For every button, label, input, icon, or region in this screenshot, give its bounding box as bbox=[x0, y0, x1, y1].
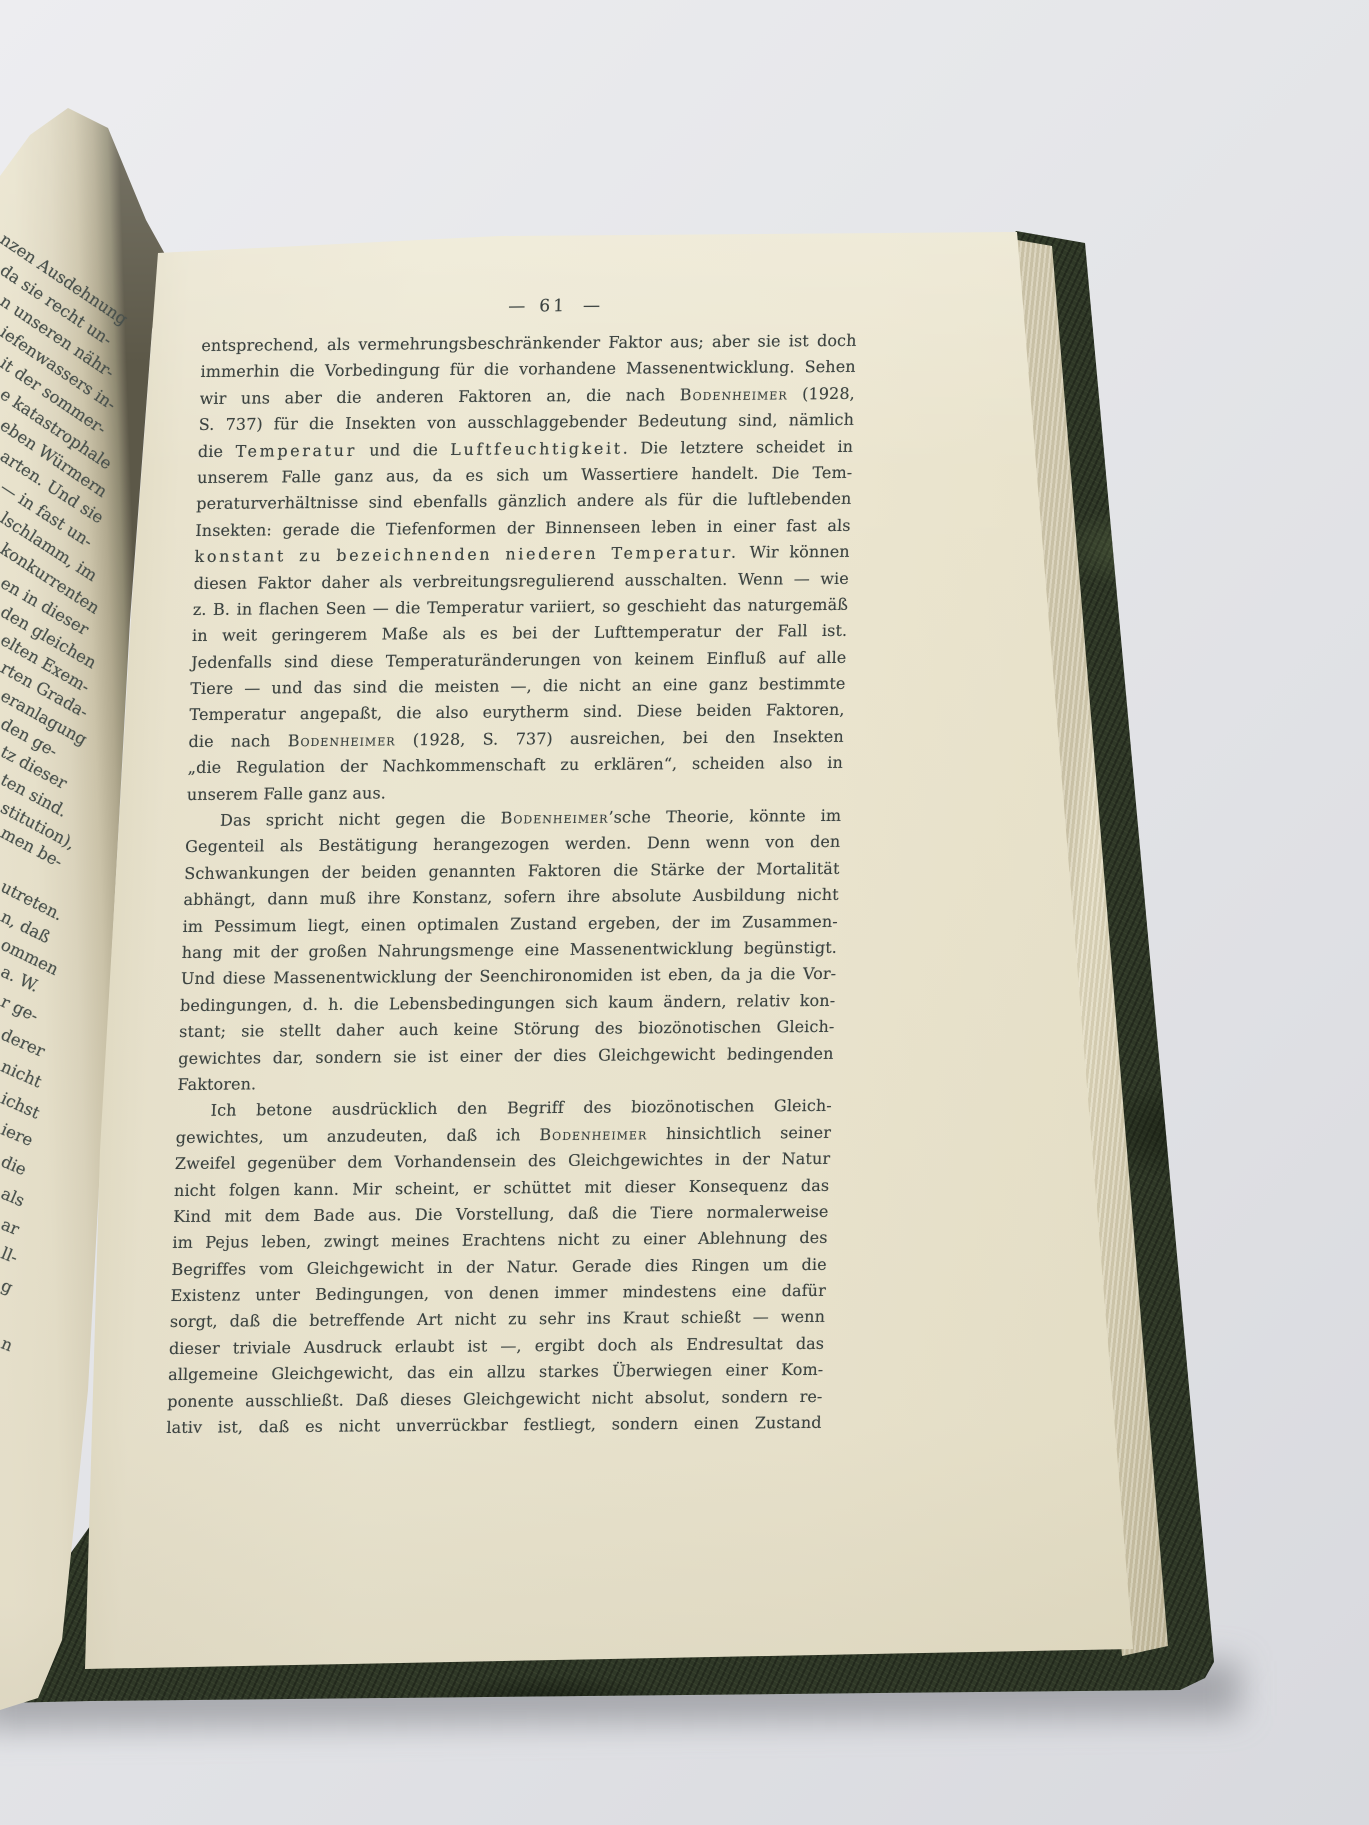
left-page-text-fragment: n bbox=[0, 1334, 15, 1356]
page-header: —61— bbox=[226, 291, 882, 322]
left-page-text-fragment: als bbox=[0, 1184, 27, 1211]
text-line: gewichtes dar, sondern sie ist einer der… bbox=[178, 1040, 834, 1072]
left-page-text-fragment: nicht bbox=[0, 1057, 45, 1092]
left-page-text-fragment: iere bbox=[0, 1120, 36, 1150]
page-text-block: —61— entsprechend, als vermehrungsbeschr… bbox=[166, 291, 858, 1442]
header-dash-left: — bbox=[508, 296, 526, 316]
left-page-text-fragment: derer bbox=[0, 1025, 48, 1061]
header-dash-right: — bbox=[583, 296, 601, 316]
left-page-text-fragment: r ge- bbox=[0, 992, 41, 1026]
page-number: 61 bbox=[539, 296, 567, 316]
left-page-text-fragment: g bbox=[0, 1276, 15, 1298]
text-lines: entsprechend, als vermehrungsbeschränken… bbox=[166, 328, 857, 1442]
left-page-text-fragment: ichst bbox=[0, 1089, 43, 1123]
text-line: lativ ist, daß es nicht unverrückbar fes… bbox=[166, 1410, 822, 1442]
photo-open-book: nzen Ausdehnungda sie recht un-n unseren… bbox=[0, 0, 1369, 1825]
left-page-text-fragment: die bbox=[0, 1152, 29, 1179]
left-page-text-fragment: ar bbox=[0, 1215, 22, 1239]
text-line: „die Regulation der Nachkommenschaft zu … bbox=[187, 750, 843, 782]
left-page-text-fragment: ll- bbox=[0, 1244, 21, 1268]
